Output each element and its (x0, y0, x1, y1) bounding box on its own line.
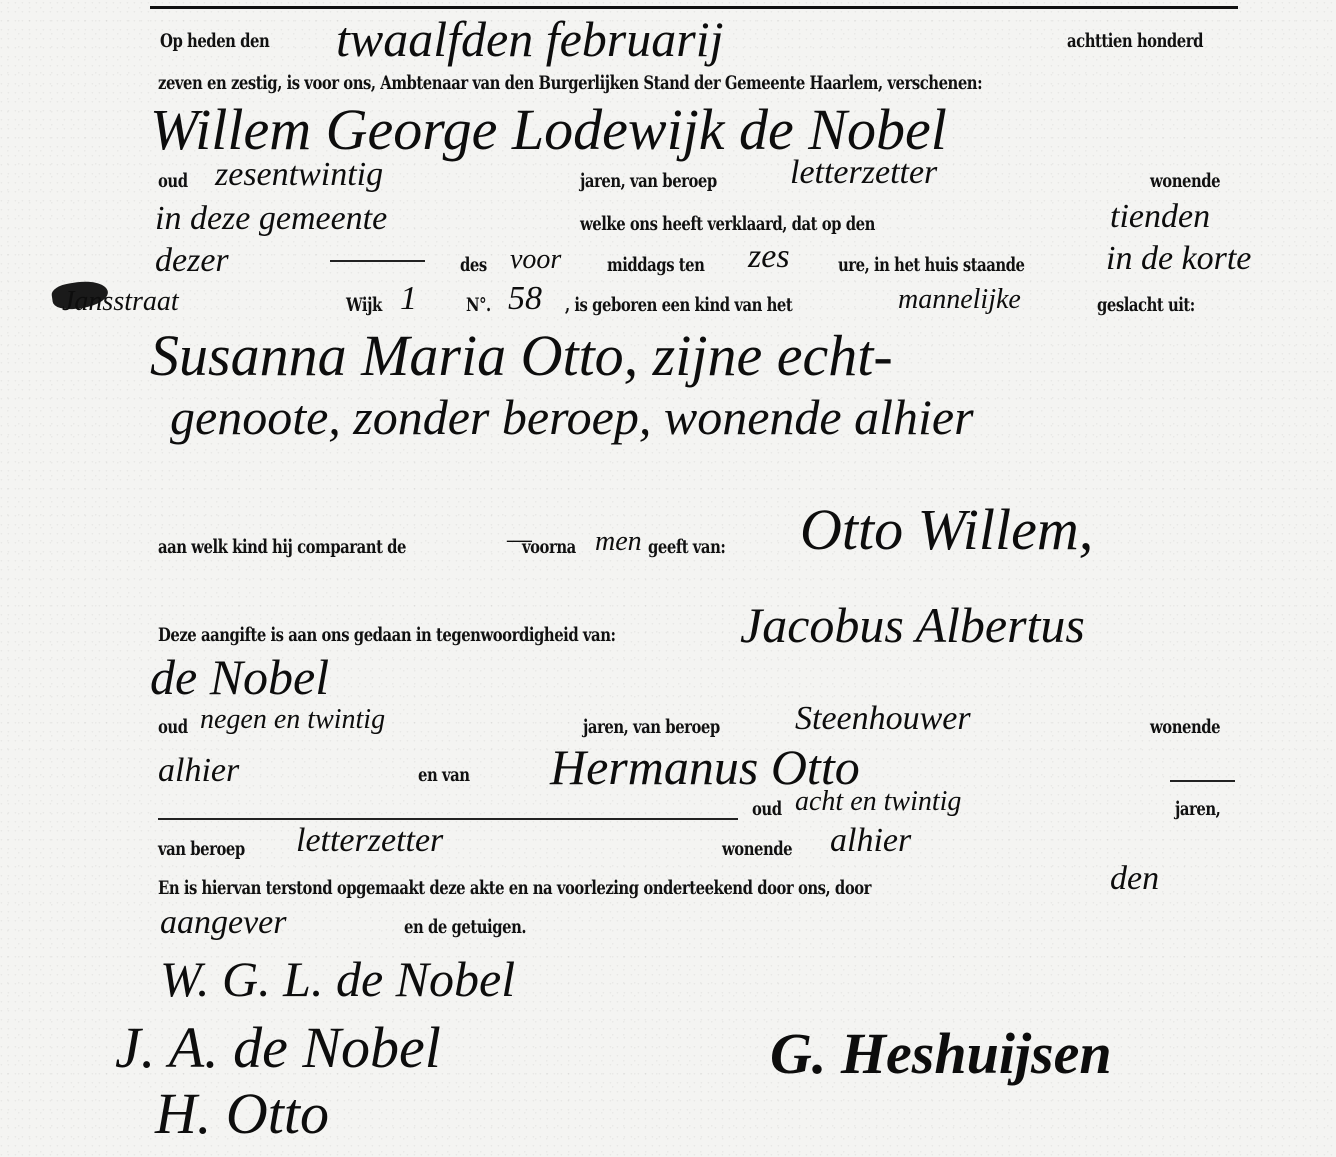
printed-text: welke ons heeft verklaard, dat op den (580, 213, 875, 235)
day-part: voor (510, 244, 561, 276)
printed-text: ure, in het huis staande (838, 254, 1025, 276)
birth-day: tienden (1110, 198, 1210, 236)
printed-text: aan welk kind hij comparant de (158, 536, 406, 558)
declarant-residence: in deze gemeente (155, 200, 387, 238)
printed-text: , is geboren een kind van het (565, 294, 792, 316)
witness2-age: acht en twintig (795, 786, 961, 818)
signed-by-role: aangever (160, 904, 287, 942)
printed-text: wonende (1150, 170, 1220, 192)
printed-text: oud (158, 170, 188, 192)
witness1-name: Jacobus Albertus (740, 596, 1085, 654)
printed-text: middags ten (607, 254, 704, 276)
printed-text: zeven en zestig, is voor ons, Ambtenaar … (158, 72, 982, 94)
street-name: Jansstraat (62, 286, 179, 318)
printed-text: wonende (722, 838, 792, 860)
printed-text: wonende (1150, 716, 1220, 738)
fill-line (158, 818, 738, 820)
witness1-surname: de Nobel (150, 648, 329, 706)
house-number: 58 (508, 280, 542, 318)
printed-text: en van (418, 764, 470, 786)
mother-line-2: genoote, zonder beroep, wonende alhier (170, 388, 974, 446)
signature-declarant: W. G. L. de Nobel (160, 950, 515, 1008)
printed-text: voorna (522, 536, 576, 558)
printed-text: achttien honderd (1067, 30, 1203, 52)
witness1-occupation: Steenhouwer (795, 700, 971, 738)
witness2-occupation: letterzetter (296, 822, 443, 860)
printed-text: oud (752, 798, 782, 820)
wijk-number: 1 (400, 280, 417, 318)
top-border-rule (150, 6, 1238, 9)
printed-text: geslacht uit: (1097, 294, 1195, 316)
printed-text: Op heden den (160, 30, 269, 52)
name-suffix: men (595, 526, 642, 558)
printed-text: N°. (466, 294, 491, 316)
witness1-residence: alhier (158, 752, 239, 790)
signature-registrar: G. Heshuijsen (770, 1020, 1112, 1087)
birth-hour: zes (748, 238, 790, 276)
printed-text: jaren, van beroep (580, 170, 717, 192)
printed-text: Deze aangifte is aan ons gedaan in tegen… (158, 624, 616, 646)
witness2-residence: alhier (830, 822, 911, 860)
printed-text: geeft van: (648, 536, 725, 558)
fill-line (330, 260, 425, 262)
mother-line-1: Susanna Maria Otto, zijne echt- (150, 322, 893, 389)
witness1-age: negen en twintig (200, 704, 385, 736)
printed-text: jaren, (1175, 798, 1220, 820)
printed-text: des (460, 254, 487, 276)
signed-by: den (1110, 860, 1159, 898)
declarant-age: zesentwintig (215, 156, 383, 194)
printed-text: en de getuigen. (404, 916, 526, 938)
house-location: in de korte (1106, 240, 1251, 278)
signature-witness2: H. Otto (155, 1080, 329, 1147)
declarant-name: Willem George Lodewijk de Nobel (150, 96, 947, 163)
printed-text: oud (158, 716, 188, 738)
declarant-occupation: letterzetter (790, 154, 937, 192)
printed-text: van beroep (158, 838, 245, 860)
printed-text: Wijk (346, 294, 382, 316)
child-sex: mannelijke (898, 284, 1021, 316)
birth-month-ref: dezer (155, 242, 229, 280)
date-handwritten: twaalfden februarij (336, 10, 724, 68)
child-name: Otto Willem, (800, 496, 1093, 563)
printed-text: jaren, van beroep (583, 716, 720, 738)
printed-text: En is hiervan terstond opgemaakt deze ak… (158, 877, 871, 899)
signature-witness1: J. A. de Nobel (115, 1014, 441, 1081)
fill-line (1170, 780, 1235, 782)
